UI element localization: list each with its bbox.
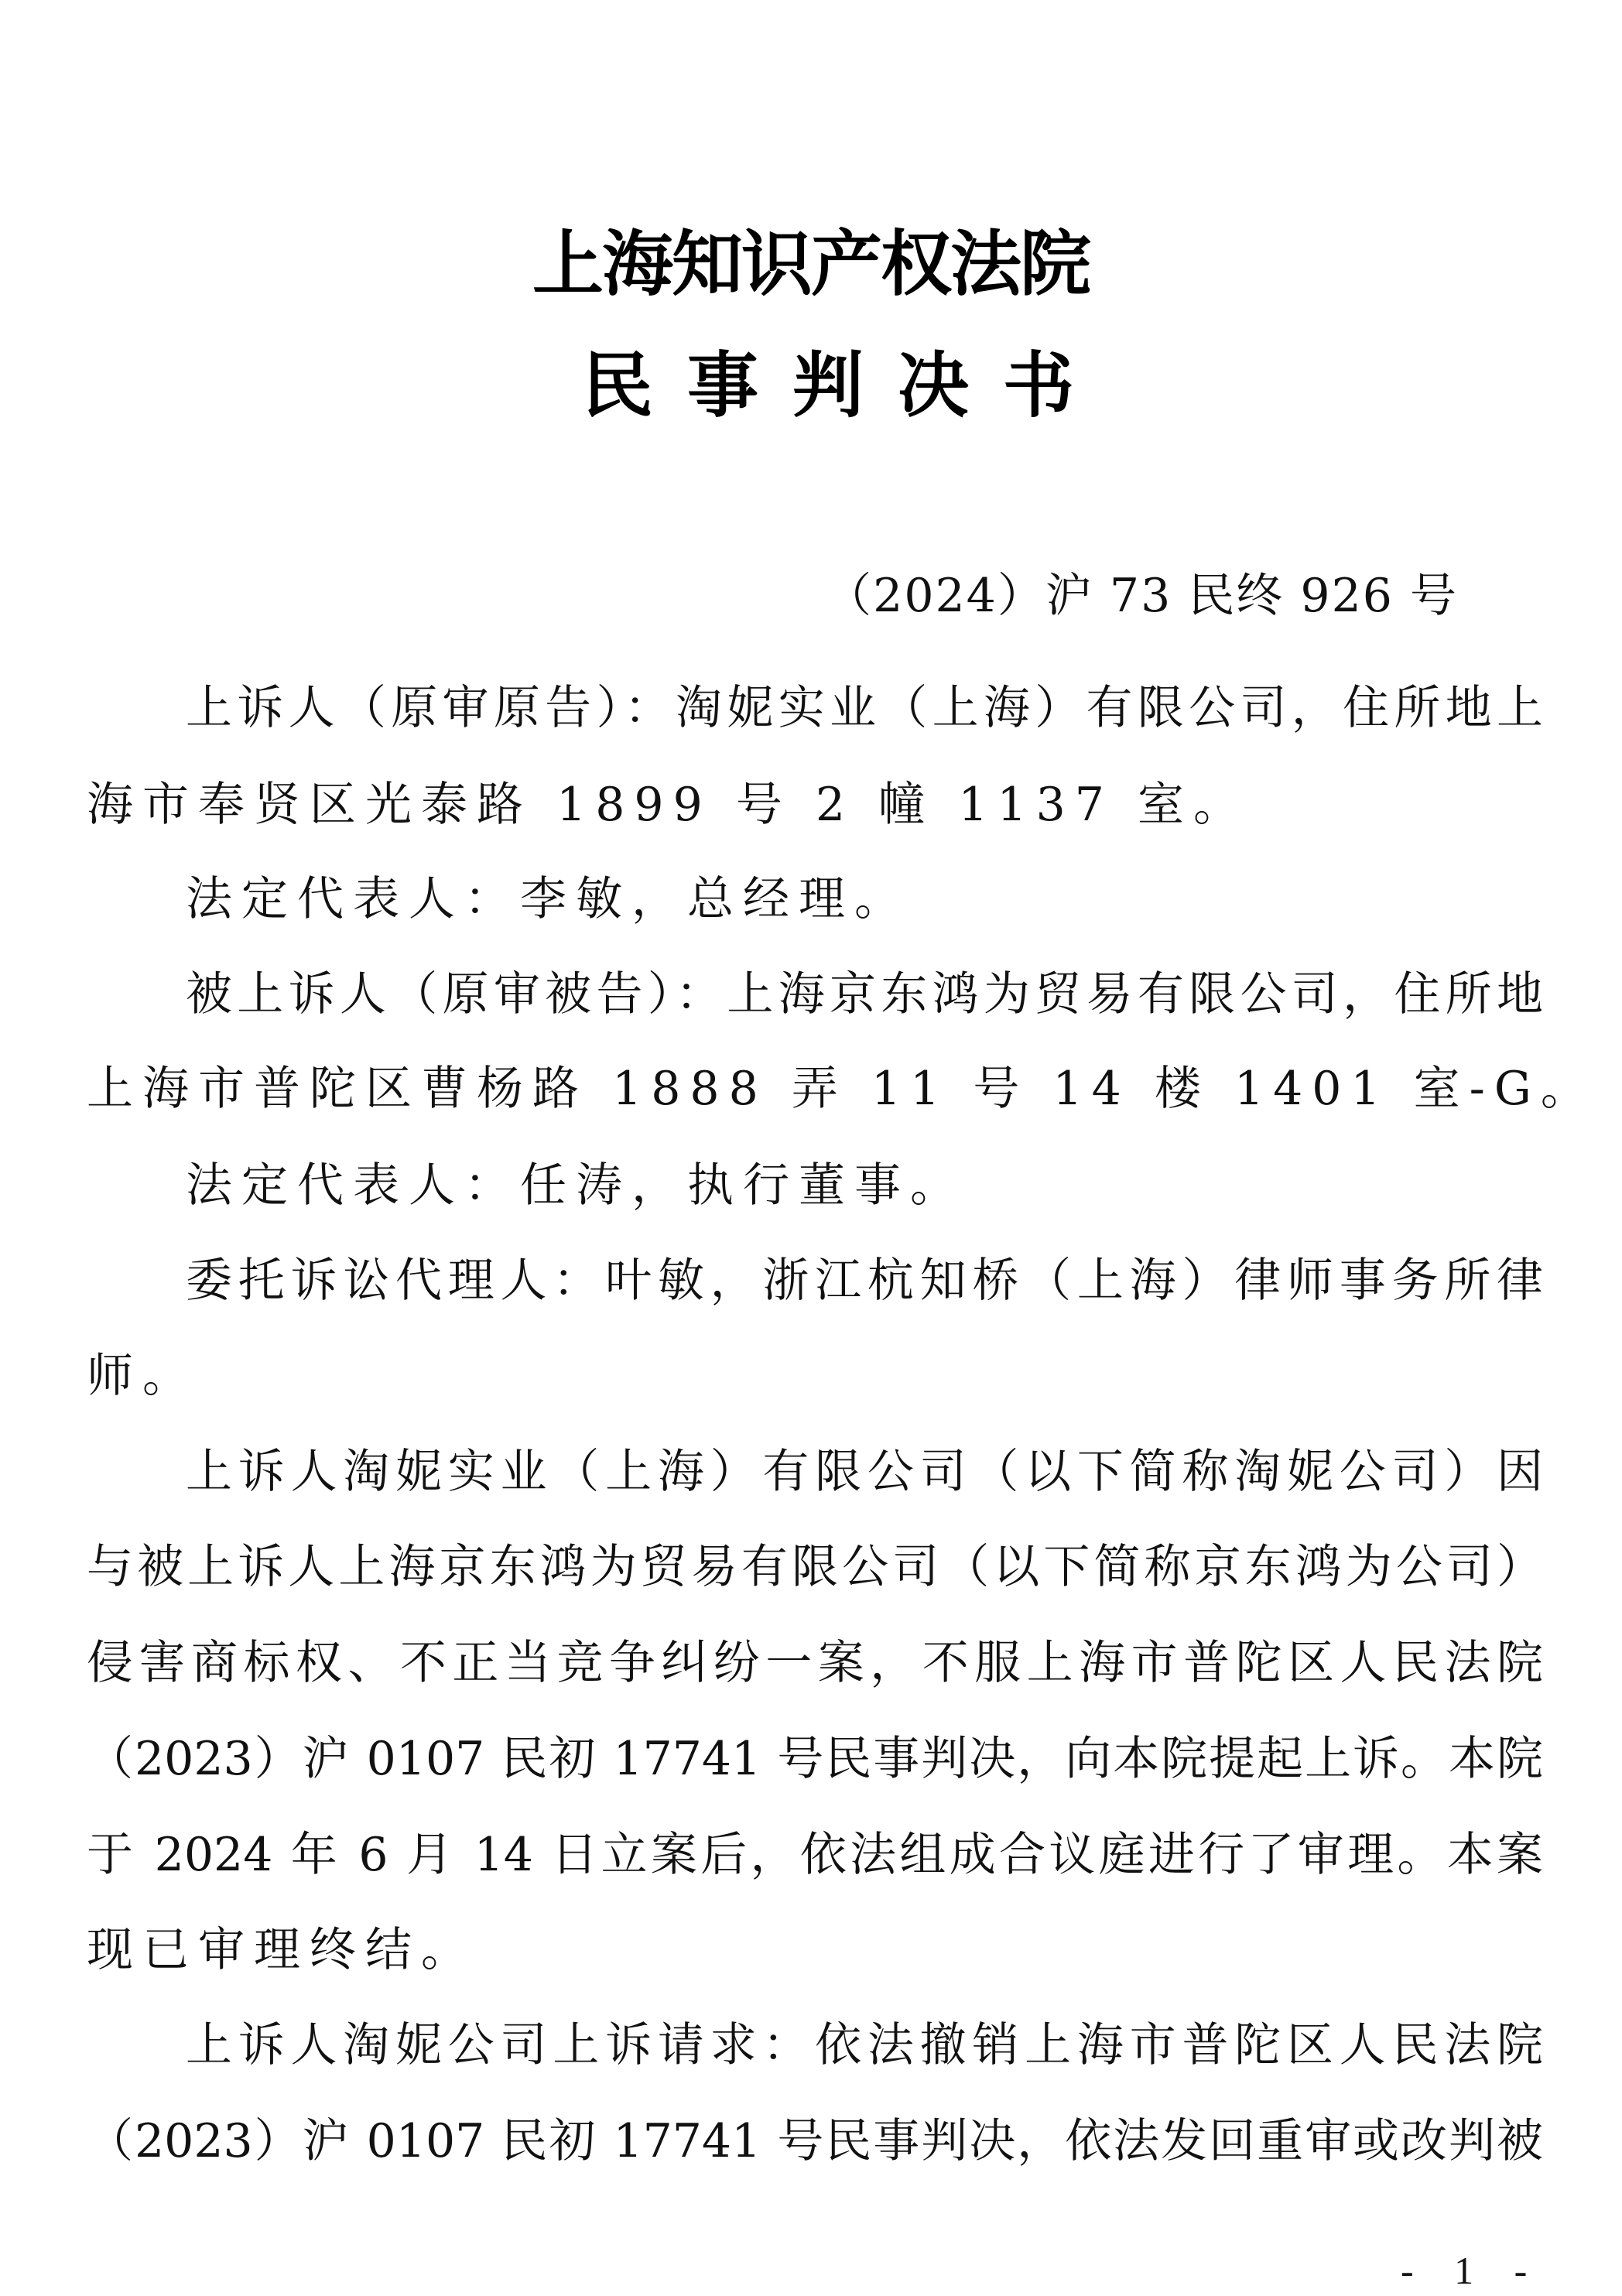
paragraph-1-line-6: 现已审理终结。 xyxy=(87,1915,1543,1985)
party-appellee-line-1: 被上诉人（原审被告）：上海京东鸿为贸易有限公司，住所地 xyxy=(186,960,1543,1029)
case-number: （2024）沪 73 民终 926 号 xyxy=(825,559,1458,625)
party-appellee-legal-rep: 法定代表人：任涛，执行董事。 xyxy=(186,1151,1543,1220)
paragraph-1-line-3: 侵害商标权、不正当竞争纠纷一案，不服上海市普陀区人民法院 xyxy=(87,1628,1543,1698)
paragraph-1-line-4: （2023）沪 0107 民初 17741 号民事判决，向本院提起上诉。本院 xyxy=(87,1724,1543,1794)
party-appellant-line-2: 海市奉贤区光泰路 1899 号 2 幢 1137 室。 xyxy=(87,770,1543,840)
document-type-title: 民事判决书 xyxy=(0,329,1622,431)
court-name-title: 上海知识产权法院 xyxy=(0,207,1622,310)
paragraph-1-line-1: 上诉人淘妮实业（上海）有限公司（以下简称淘妮公司）因 xyxy=(186,1437,1543,1507)
paragraph-2-line-1: 上诉人淘妮公司上诉请求：依法撤销上海市普陀区人民法院 xyxy=(186,2010,1543,2080)
party-appellee-line-2: 上海市普陀区曹杨路 1888 弄 11 号 14 楼 1401 室-G。 xyxy=(87,1054,1543,1124)
paragraph-2-line-2: （2023）沪 0107 民初 17741 号民事判决，依法发回重审或改判被 xyxy=(87,2106,1543,2176)
page-number: - 1 - xyxy=(1401,2248,1542,2293)
party-agent-line-1: 委托诉讼代理人：叶敏，浙江杭知桥（上海）律师事务所律 xyxy=(186,1246,1543,1316)
paragraph-1-line-2: 与被上诉人上海京东鸿为贸易有限公司（以下简称京东鸿为公司） xyxy=(87,1532,1543,1602)
party-appellant-legal-rep: 法定代表人：李敏，总经理。 xyxy=(186,864,1543,934)
paragraph-1-line-5: 于 2024 年 6 月 14 日立案后，依法组成合议庭进行了审理。本案 xyxy=(87,1820,1543,1890)
party-agent-line-2: 师。 xyxy=(87,1341,1543,1411)
party-appellant-line-1: 上诉人（原审原告）：淘妮实业（上海）有限公司，住所地上 xyxy=(186,673,1543,743)
